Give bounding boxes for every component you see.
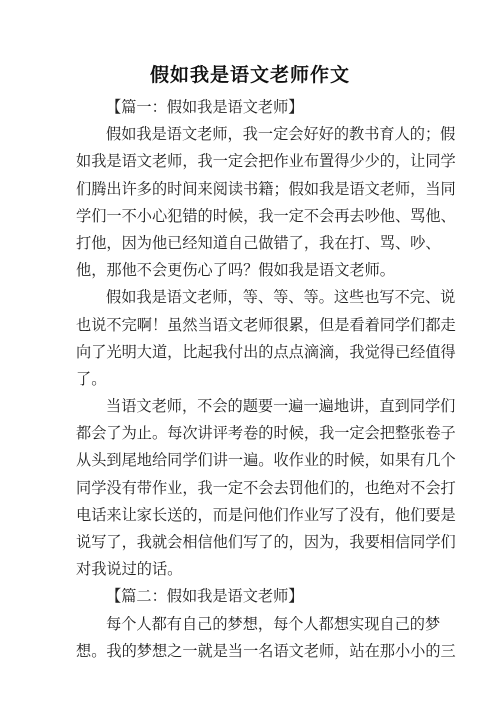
text-line: 从头到尾地给同学们讲一遍。收作业的时候，如果有几个 bbox=[76, 447, 428, 474]
document-page: 假如我是语文老师作文 【篇一：假如我是语文老师】 假如我是语文老师，我一定会好好… bbox=[0, 0, 500, 707]
text-line: 电话来让家长送的，而是问他们作业写了没有，他们要是 bbox=[76, 502, 428, 529]
document-title: 假如我是语文老师作文 bbox=[0, 62, 500, 88]
paragraph: 当语文老师，不会的题要一遍一遍地讲，直到同学们 都会了为止。每次讲评考卷的时候，… bbox=[76, 393, 428, 583]
text-line: 同学没有带作业，我一定不会去罚他们的，也绝对不会打 bbox=[76, 475, 428, 502]
text-line: 打他，因为他已经知道自己做错了，我在打、骂、吵、 bbox=[76, 230, 428, 257]
text-line: 们腾出许多的时间来阅读书籍；假如我是语文老师，当同 bbox=[76, 176, 428, 203]
text-line: 当语文老师，不会的题要一遍一遍地讲，直到同学们 bbox=[76, 393, 428, 420]
section-heading: 【篇二：假如我是语文老师】 bbox=[76, 583, 428, 610]
text-line: 也说不完啊！虽然当语文老师很累，但是看着同学们都走 bbox=[76, 312, 428, 339]
paragraph: 假如我是语文老师，等、等、等。这些也写不完、说 也说不完啊！虽然当语文老师很累，… bbox=[76, 284, 428, 393]
document-body: 【篇一：假如我是语文老师】 假如我是语文老师，我一定会好好的教书育人的；假 如我… bbox=[76, 94, 428, 665]
text-line: 假如我是语文老师，我一定会好好的教书育人的；假 bbox=[76, 121, 428, 148]
text-line: 了。 bbox=[76, 366, 428, 393]
text-line: 每个人都有自己的梦想，每个人都想实现自己的梦 bbox=[76, 611, 428, 638]
text-line: 假如我是语文老师，等、等、等。这些也写不完、说 bbox=[76, 284, 428, 311]
text-line: 学们一不小心犯错的时候，我一定不会再去吵他、骂他、 bbox=[76, 203, 428, 230]
text-line: 向了光明大道，比起我付出的点点滴滴，我觉得已经值得 bbox=[76, 339, 428, 366]
text-line: 他，那他不会更伤心了吗？假如我是语文老师。 bbox=[76, 257, 428, 284]
paragraph: 假如我是语文老师，我一定会好好的教书育人的；假 如我是语文老师，我一定会把作业布… bbox=[76, 121, 428, 284]
text-line: 说写了，我就会相信他们写了的，因为，我要相信同学们 bbox=[76, 529, 428, 556]
text-line: 如我是语文老师，我一定会把作业布置得少少的，让同学 bbox=[76, 148, 428, 175]
text-line: 都会了为止。每次讲评考卷的时候，我一定会把整张卷子 bbox=[76, 420, 428, 447]
paragraph: 每个人都有自己的梦想，每个人都想实现自己的梦 想。我的梦想之一就是当一名语文老师… bbox=[76, 611, 428, 665]
text-line: 想。我的梦想之一就是当一名语文老师，站在那小小的三 bbox=[76, 638, 428, 665]
section-heading: 【篇一：假如我是语文老师】 bbox=[76, 94, 428, 121]
text-line: 对我说过的话。 bbox=[76, 556, 428, 583]
